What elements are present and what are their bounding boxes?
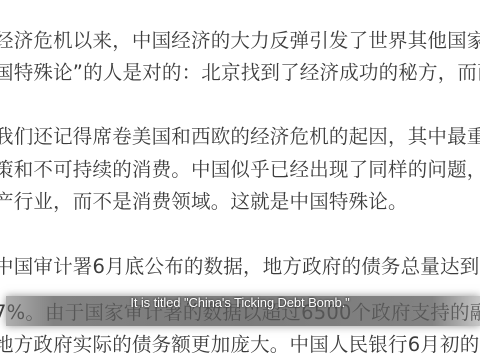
text-line: 地方政府实际的债务额更加庞大。中国人民银行6月初的报 xyxy=(0,332,480,358)
text-line: 国特殊论”的人是对的：北京找到了经济成功的秘方，而西 xyxy=(0,60,480,86)
text-line: 产行业，而不是消费领域。这就是中国特殊论。 xyxy=(0,189,408,215)
text-line: 我们还记得席卷美国和西欧的经济危机的起因，其中最重要 xyxy=(0,124,480,150)
text-line: 经济危机以来，中国经济的大力反弹引发了世界其他国家的 xyxy=(0,28,480,54)
subtitle-caption: It is titled "China's Ticking Debt Bomb.… xyxy=(0,296,480,310)
text-line: 策和不可持续的消费。中国似乎已经出现了同样的问题，但 xyxy=(0,157,480,183)
text-line: 中国审计署6月底公布的数据，地方政府的债务总量达到10 xyxy=(0,254,480,280)
